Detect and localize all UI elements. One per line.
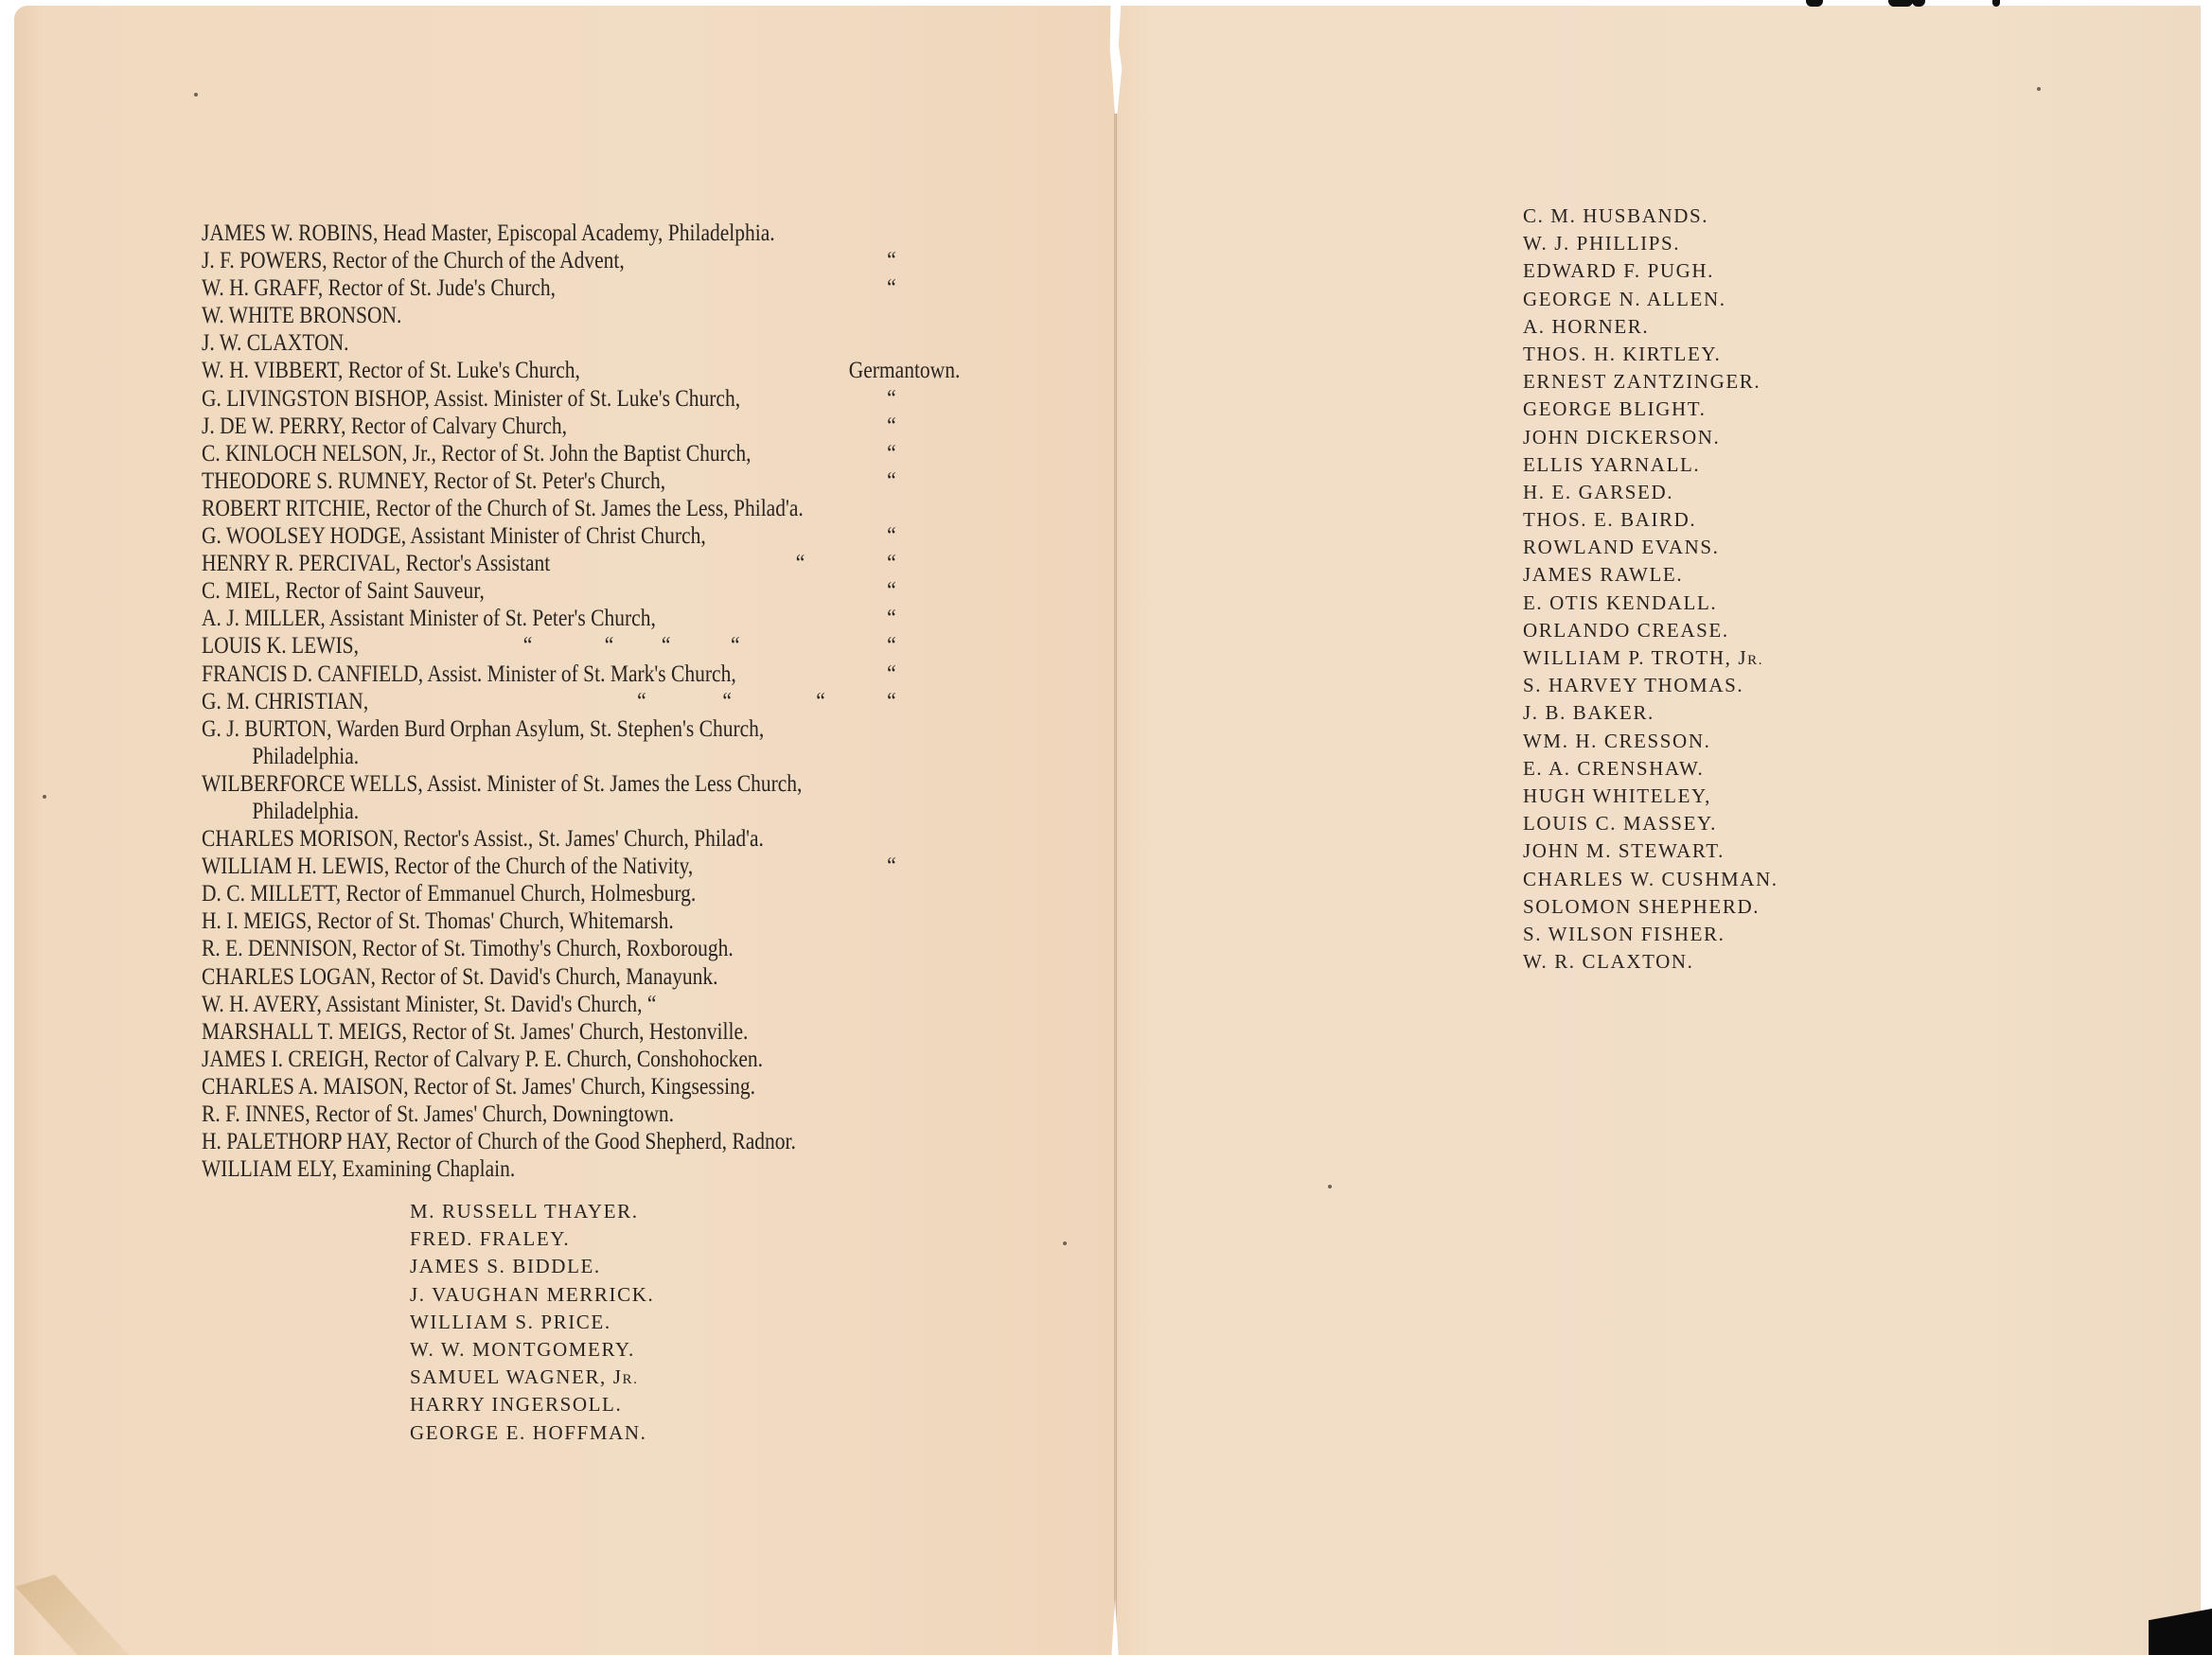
member-name: S. HARVEY THOMAS.: [1523, 674, 1743, 696]
list-item: WILLIAM P. TROTH, JR.: [1523, 644, 1778, 672]
member-name: HARRY INGERSOLL.: [410, 1393, 622, 1416]
list-item: CHARLES LOGAN, Rector of St. David's Chu…: [202, 963, 853, 991]
list-item: JAMES S. BIDDLE.: [410, 1253, 654, 1280]
list-item: LOUIS C. MASSEY.: [1523, 810, 1778, 837]
member-name: JAMES RAWLE.: [1523, 563, 1683, 586]
list-item: JAMES RAWLE.: [1523, 561, 1778, 589]
member-name: H. E. GARSED.: [1523, 481, 1673, 503]
list-item: G. WOOLSEY HODGE, Assistant Minister of …: [202, 522, 853, 550]
ditto-mark: “: [887, 550, 896, 577]
member-name: GEORGE BLIGHT.: [1523, 397, 1707, 420]
entry-text: J. DE W. PERRY, Rector of Calvary Church…: [202, 414, 567, 439]
list-item: ORLANDO CREASE.: [1523, 617, 1778, 644]
list-item: JAMES W. ROBINS, Head Master, Episcopal …: [202, 220, 853, 247]
paper-speck: [43, 795, 46, 799]
entry-text: MARSHALL T. MEIGS, Rector of St. James' …: [202, 1019, 748, 1045]
list-item: J. VAUGHAN MERRICK.: [410, 1281, 654, 1309]
member-name: HUGH WHITELEY,: [1523, 784, 1711, 807]
paper-speck: [194, 93, 198, 97]
member-name: SAMUEL WAGNER, J: [410, 1365, 623, 1388]
entry-text: G. M. CHRISTIAN,: [202, 689, 368, 714]
member-name: THOS. H. KIRTLEY.: [1523, 343, 1721, 365]
list-item: S. HARVEY THOMAS.: [1523, 672, 1778, 699]
member-name: WILLIAM P. TROTH, J: [1523, 646, 1747, 669]
ditto-mark: “: [662, 632, 671, 660]
clergy-list: JAMES W. ROBINS, Head Master, Episcopal …: [202, 220, 959, 1183]
list-item: GEORGE BLIGHT.: [1523, 396, 1778, 423]
entry-text: ROBERT RITCHIE, Rector of the Church of …: [202, 496, 804, 521]
member-name: JAMES S. BIDDLE.: [410, 1255, 601, 1277]
list-item: THOS. E. BAIRD.: [1523, 506, 1778, 534]
ditto-mark: “: [731, 632, 740, 660]
entry-text: G. LIVINGSTON BISHOP, Assist. Minister o…: [202, 386, 740, 412]
ditto-mark: “: [887, 413, 896, 440]
list-item: C. M. HUSBANDS.: [1523, 202, 1778, 230]
member-name: THOS. E. BAIRD.: [1523, 508, 1696, 531]
ditto-mark: “: [887, 247, 896, 274]
ditto-mark: “: [887, 660, 896, 688]
paper-speck: [2037, 87, 2041, 91]
list-item: JAMES I. CREIGH, Rector of Calvary P. E.…: [202, 1046, 853, 1073]
paper-speck: [1328, 1185, 1332, 1188]
laymen-list-left: M. RUSSELL THAYER.FRED. FRALEY.JAMES S. …: [410, 1198, 654, 1447]
list-item: G. LIVINGSTON BISHOP, Assist. Minister o…: [202, 385, 853, 413]
list-item: HENRY R. PERCIVAL, Rector's Assistant““: [202, 550, 853, 577]
list-item: HARRY INGERSOLL.: [410, 1391, 654, 1418]
ditto-mark: “: [637, 688, 646, 715]
member-name: EDWARD F. PUGH.: [1523, 259, 1714, 282]
member-name: J. VAUGHAN MERRICK.: [410, 1283, 654, 1306]
entry-text: CHARLES A. MAISON, Rector of St. James' …: [202, 1074, 755, 1100]
list-item: H. PALETHORP HAY, Rector of Church of th…: [202, 1128, 853, 1155]
list-item: H. I. MEIGS, Rector of St. Thomas' Churc…: [202, 907, 853, 935]
entry-text: H. I. MEIGS, Rector of St. Thomas' Churc…: [202, 908, 674, 934]
list-item: C. MIEL, Rector of Saint Sauveur,“: [202, 577, 853, 605]
name-suffix: R.: [1747, 653, 1763, 668]
ditto-mark: “: [605, 632, 614, 660]
entry-text: C. MIEL, Rector of Saint Sauveur,: [202, 578, 485, 604]
name-suffix: R.: [623, 1372, 639, 1387]
member-name: SOLOMON SHEPHERD.: [1523, 895, 1760, 918]
member-name: GEORGE N. ALLEN.: [1523, 288, 1726, 310]
list-item: ERNEST ZANTZINGER.: [1523, 368, 1778, 396]
list-item: WM. H. CRESSON.: [1523, 728, 1778, 755]
entry-text: R. E. DENNISON, Rector of St. Timothy's …: [202, 936, 734, 961]
member-name: ELLIS YARNALL.: [1523, 453, 1700, 476]
entry-text: FRANCIS D. CANFIELD, Assist. Minister of…: [202, 661, 736, 687]
entry-text: R. F. INNES, Rector of St. James' Church…: [202, 1101, 674, 1127]
list-item: W. R. CLAXTON.: [1523, 948, 1778, 976]
list-item: H. E. GARSED.: [1523, 479, 1778, 506]
list-item: WILLIAM S. PRICE.: [410, 1309, 654, 1336]
entry-text: JAMES W. ROBINS, Head Master, Episcopal …: [202, 220, 775, 246]
ditto-mark: “: [887, 632, 896, 660]
ditto-mark: “: [887, 522, 896, 550]
list-item: ELLIS YARNALL.: [1523, 451, 1778, 479]
member-name: W. R. CLAXTON.: [1523, 950, 1694, 973]
list-item: WILLIAM H. LEWIS, Rector of the Church o…: [202, 853, 853, 880]
member-name: C. M. HUSBANDS.: [1523, 204, 1708, 227]
list-item: CHARLES A. MAISON, Rector of St. James' …: [202, 1073, 853, 1100]
entry-text: HENRY R. PERCIVAL, Rector's Assistant: [202, 551, 550, 576]
list-item: GEORGE N. ALLEN.: [1523, 286, 1778, 313]
ditto-mark: “: [722, 688, 732, 715]
ditto-mark: “: [887, 467, 896, 495]
list-item: C. KINLOCH NELSON, Jr., Rector of St. Jo…: [202, 440, 853, 467]
list-item: D. C. MILLETT, Rector of Emmanuel Church…: [202, 880, 853, 907]
entry-text: J. W. CLAXTON.: [202, 330, 348, 356]
list-item: S. WILSON FISHER.: [1523, 921, 1778, 948]
list-item: FRED. FRALEY.: [410, 1225, 654, 1253]
page-fold: [1114, 0, 1117, 1655]
list-item: W. H. VIBBERT, Rector of St. Luke's Chur…: [202, 357, 853, 384]
torn-top-edge: [1798, 0, 2044, 8]
list-item: A. J. MILLER, Assistant Minister of St. …: [202, 605, 853, 632]
list-item: THEODORE S. RUMNEY, Rector of St. Peter'…: [202, 467, 853, 495]
list-item: LOUIS K. LEWIS,“““““: [202, 632, 853, 660]
list-item: W. H. GRAFF, Rector of St. Jude's Church…: [202, 274, 853, 302]
entry-text: W. H. VIBBERT, Rector of St. Luke's Chur…: [202, 358, 580, 383]
member-name: J. B. BAKER.: [1523, 701, 1655, 724]
member-name: LOUIS C. MASSEY.: [1523, 812, 1717, 835]
member-name: ROWLAND EVANS.: [1523, 536, 1720, 558]
ditto-mark: “: [796, 550, 805, 577]
list-item: M. RUSSELL THAYER.: [410, 1198, 654, 1225]
list-item: E. OTIS KENDALL.: [1523, 590, 1778, 617]
list-item: W. W. MONTGOMERY.: [410, 1336, 654, 1364]
list-item: G. J. BURTON, Warden Burd Orphan Asylum,…: [202, 715, 853, 743]
entry-text: WILLIAM ELY, Examining Chaplain.: [202, 1156, 515, 1182]
list-item: ROBERT RITCHIE, Rector of the Church of …: [202, 495, 853, 522]
ditto-mark: “: [887, 853, 896, 880]
member-name: W. J. PHILLIPS.: [1523, 232, 1680, 255]
list-item: JOHN DICKERSON.: [1523, 424, 1778, 451]
member-name: A. HORNER.: [1523, 315, 1649, 338]
laymen-list-right: C. M. HUSBANDS.W. J. PHILLIPS.EDWARD F. …: [1523, 202, 1778, 976]
list-item: R. E. DENNISON, Rector of St. Timothy's …: [202, 935, 853, 962]
ditto-mark: “: [887, 385, 896, 413]
list-item: W. WHITE BRONSON.: [202, 302, 853, 329]
list-item: SAMUEL WAGNER, JR.: [410, 1364, 654, 1391]
paper-speck: [1063, 1241, 1067, 1245]
entry-text: Philadelphia.: [252, 744, 359, 769]
member-name: E. A. CRENSHAW.: [1523, 757, 1704, 780]
member-name: W. W. MONTGOMERY.: [410, 1338, 635, 1361]
entry-text: J. F. POWERS, Rector of the Church of th…: [202, 248, 625, 273]
entry-text: CHARLES LOGAN, Rector of St. David's Chu…: [202, 964, 718, 990]
list-item: WILBERFORCE WELLS, Assist. Minister of S…: [202, 770, 853, 798]
list-item: FRANCIS D. CANFIELD, Assist. Minister of…: [202, 660, 853, 688]
list-item: A. HORNER.: [1523, 313, 1778, 341]
member-name: E. OTIS KENDALL.: [1523, 591, 1717, 614]
list-item: J. F. POWERS, Rector of the Church of th…: [202, 247, 853, 274]
list-item-continuation: Philadelphia.: [202, 743, 853, 770]
entry-text: CHARLES MORISON, Rector's Assist., St. J…: [202, 826, 764, 852]
member-name: ORLANDO CREASE.: [1523, 619, 1729, 642]
list-item: CHARLES MORISON, Rector's Assist., St. J…: [202, 825, 853, 853]
ditto-mark: “: [887, 440, 896, 467]
entry-text: THEODORE S. RUMNEY, Rector of St. Peter'…: [202, 468, 665, 494]
list-item: ROWLAND EVANS.: [1523, 534, 1778, 561]
ditto-mark: “: [816, 688, 825, 715]
entry-text: WILLIAM H. LEWIS, Rector of the Church o…: [202, 854, 693, 879]
member-name: FRED. FRALEY.: [410, 1227, 570, 1250]
member-name: GEORGE E. HOFFMAN.: [410, 1421, 646, 1444]
list-item: MARSHALL T. MEIGS, Rector of St. James' …: [202, 1018, 853, 1046]
ditto-mark: “: [887, 577, 896, 605]
ditto-mark: “: [887, 605, 896, 632]
entry-text: W. H. AVERY, Assistant Minister, St. Dav…: [202, 992, 656, 1017]
member-name: WM. H. CRESSON.: [1523, 730, 1710, 752]
ditto-mark: “: [523, 632, 533, 660]
list-item: R. F. INNES, Rector of St. James' Church…: [202, 1100, 853, 1128]
entry-text: JAMES I. CREIGH, Rector of Calvary P. E.…: [202, 1047, 763, 1072]
list-item: JOHN M. STEWART.: [1523, 837, 1778, 865]
list-item: SOLOMON SHEPHERD.: [1523, 893, 1778, 921]
list-item-continuation: Philadelphia.: [202, 798, 853, 825]
list-item: THOS. H. KIRTLEY.: [1523, 341, 1778, 368]
ditto-mark: “: [887, 688, 896, 715]
entry-text: W. H. GRAFF, Rector of St. Jude's Church…: [202, 275, 556, 301]
entry-text: G. J. BURTON, Warden Burd Orphan Asylum,…: [202, 716, 764, 742]
entry-text: D. C. MILLETT, Rector of Emmanuel Church…: [202, 881, 696, 907]
entry-text: LOUIS K. LEWIS,: [202, 633, 359, 659]
list-item: W. H. AVERY, Assistant Minister, St. Dav…: [202, 991, 853, 1018]
member-name: ERNEST ZANTZINGER.: [1523, 370, 1761, 393]
entry-text: G. WOOLSEY HODGE, Assistant Minister of …: [202, 523, 706, 549]
list-item: G. M. CHRISTIAN,““““: [202, 688, 853, 715]
ditto-mark: “: [887, 274, 896, 302]
member-name: JOHN DICKERSON.: [1523, 426, 1720, 449]
entry-text: H. PALETHORP HAY, Rector of Church of th…: [202, 1129, 796, 1154]
list-item: EDWARD F. PUGH.: [1523, 257, 1778, 285]
list-item: J. B. BAKER.: [1523, 699, 1778, 727]
member-name: JOHN M. STEWART.: [1523, 839, 1725, 862]
list-item: GEORGE E. HOFFMAN.: [410, 1419, 654, 1447]
member-name: CHARLES W. CUSHMAN.: [1523, 868, 1778, 890]
list-item: CHARLES W. CUSHMAN.: [1523, 866, 1778, 893]
entry-text: A. J. MILLER, Assistant Minister of St. …: [202, 606, 656, 631]
entry-text: WILBERFORCE WELLS, Assist. Minister of S…: [202, 771, 802, 797]
entry-text: W. WHITE BRONSON.: [202, 303, 401, 328]
list-item: J. DE W. PERRY, Rector of Calvary Church…: [202, 413, 853, 440]
list-item: J. W. CLAXTON.: [202, 329, 853, 357]
member-name: WILLIAM S. PRICE.: [410, 1311, 611, 1333]
list-item: WILLIAM ELY, Examining Chaplain.: [202, 1155, 853, 1183]
list-item: HUGH WHITELEY,: [1523, 783, 1778, 810]
member-name: M. RUSSELL THAYER.: [410, 1200, 639, 1223]
list-item: E. A. CRENSHAW.: [1523, 755, 1778, 783]
member-name: S. WILSON FISHER.: [1523, 923, 1725, 945]
list-item: W. J. PHILLIPS.: [1523, 230, 1778, 257]
place-name: Germantown.: [849, 357, 961, 384]
entry-text: C. KINLOCH NELSON, Jr., Rector of St. Jo…: [202, 441, 751, 467]
entry-text: Philadelphia.: [252, 799, 359, 824]
